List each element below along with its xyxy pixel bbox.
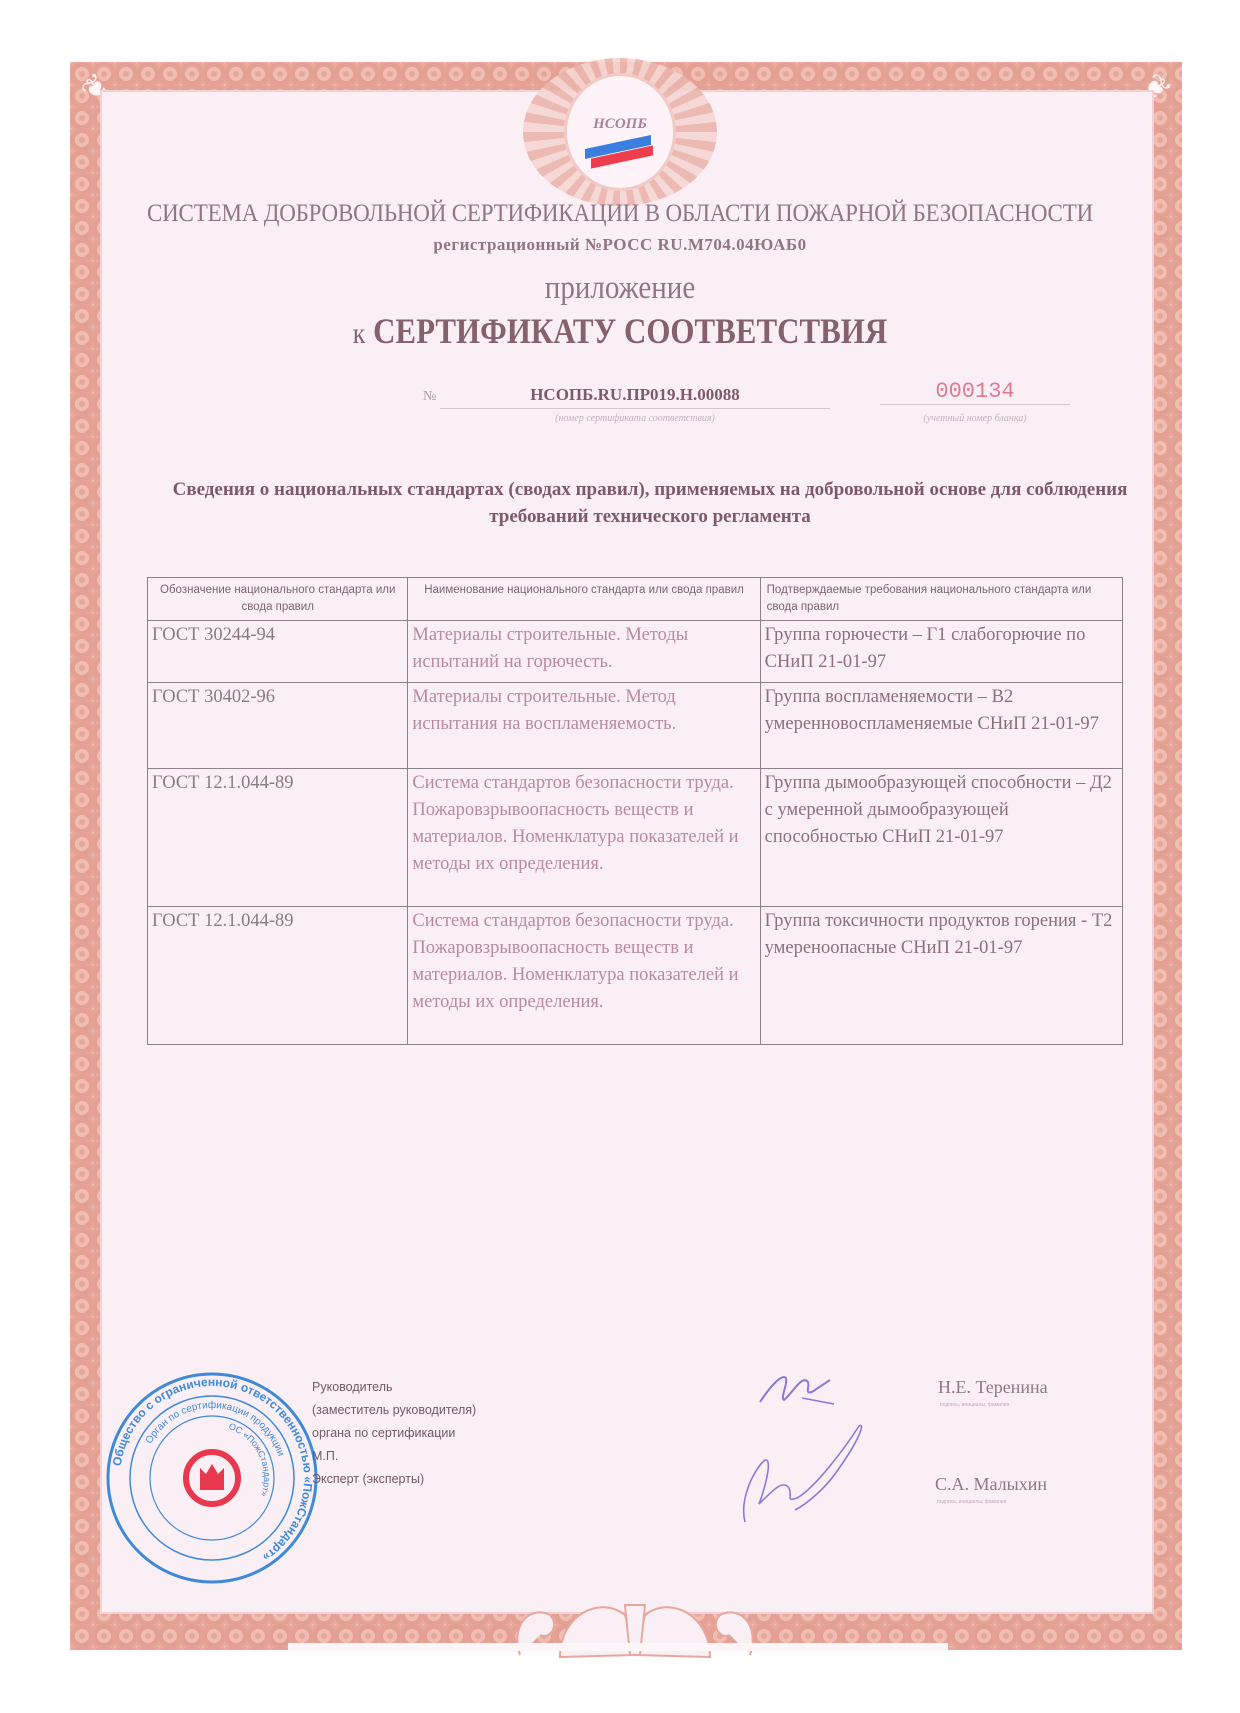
column-header-name: Наименование национального стандарта или… <box>408 578 760 621</box>
signature-expert <box>735 1418 875 1528</box>
standard-requirement: Группа токсичности продуктов горения - Т… <box>760 907 1122 1045</box>
annex-label: приложение <box>74 270 1165 307</box>
signature-labels: Руководитель (заместитель руководителя) … <box>312 1376 476 1491</box>
label-seal: М.П. <box>312 1445 476 1468</box>
emblem-medal: НСОПБ <box>567 76 673 188</box>
table-header-row: Обозначение национального стандарта или … <box>148 578 1123 621</box>
stamp-middle-text: Орган по сертификации продукции <box>144 1399 286 1458</box>
standard-code: ГОСТ 12.1.044-89 <box>148 769 408 907</box>
standard-name: Материалы строительные. Методы испытаний… <box>408 621 760 683</box>
certificate-number-caption: (номер сертификата соответствия) <box>440 413 830 424</box>
label-head: Руководитель <box>312 1376 476 1399</box>
standards-table: Обозначение национального стандарта или … <box>147 577 1123 1045</box>
standard-name: Материалы строительные. Метод испытания … <box>408 683 760 769</box>
table-row: ГОСТ 12.1.044-89 Система стандартов безо… <box>148 769 1123 907</box>
section-title: Сведения о национальных стандартах (свод… <box>170 476 1130 530</box>
footer-print-info <box>288 1643 948 1651</box>
blank-number-caption: (учетный номер бланка) <box>880 413 1070 424</box>
title-prefix: к <box>353 317 366 350</box>
table-row: ГОСТ 30402-96 Материалы строительные. Ме… <box>148 683 1123 769</box>
label-body: органа по сертификации <box>312 1422 476 1445</box>
standard-requirement: Группа воспламеняемости – В2 умеренновос… <box>760 683 1122 769</box>
standard-name: Система стандартов безопасности труда. П… <box>408 907 760 1045</box>
signature-head <box>752 1364 842 1424</box>
system-title: СИСТЕМА ДОБРОВОЛЬНОЙ СЕРТИФИКАЦИИ В ОБЛА… <box>50 200 1191 228</box>
blank-number: 000134 <box>880 379 1070 405</box>
standard-code: ГОСТ 30402-96 <box>148 683 408 769</box>
column-header-requirements: Подтверждаемые требования национального … <box>760 578 1122 621</box>
standard-code: ГОСТ 30244-94 <box>148 621 408 683</box>
expert-name: С.А. Малыхин <box>935 1474 1047 1495</box>
certificate-number: НСОПБ.RU.ПР019.Н.00088 <box>440 385 830 409</box>
standard-code: ГОСТ 12.1.044-89 <box>148 907 408 1045</box>
head-name-caption: подпись, инициалы, фамилия <box>940 1402 1009 1408</box>
table-row: ГОСТ 30244-94 Материалы строительные. Ме… <box>148 621 1123 683</box>
expert-name-caption: подпись, инициалы, фамилия <box>937 1499 1006 1505</box>
label-expert: Эксперт (эксперты) <box>312 1468 476 1491</box>
organization-stamp: Общество с ограниченной ответственностью… <box>104 1370 320 1586</box>
head-name: Н.Е. Теренина <box>938 1377 1048 1398</box>
number-sign: № <box>423 389 436 405</box>
label-deputy: (заместитель руководителя) <box>312 1399 476 1422</box>
svg-text:Орган по сертификации продукци: Орган по сертификации продукции <box>144 1399 286 1458</box>
table-row: ГОСТ 12.1.044-89 Система стандартов безо… <box>148 907 1123 1045</box>
column-header-code: Обозначение национального стандарта или … <box>148 578 408 621</box>
certificate-number-row: № НСОПБ.RU.ПР019.Н.00088 (номер сертифик… <box>0 385 1240 435</box>
standard-requirement: Группа горючести – Г1 слабогорючие по СН… <box>760 621 1122 683</box>
nsopb-emblem: НСОПБ <box>505 58 735 208</box>
emblem-abbreviation: НСОПБ <box>567 116 673 133</box>
registration-number: регистрационный №РОСС RU.М704.04ЮАБ0 <box>0 235 1240 255</box>
stamp-logo-icon <box>200 1464 224 1490</box>
certificate-title: к СЕРТИФИКАТУ СООТВЕТСТВИЯ <box>87 310 1153 352</box>
standard-name: Система стандартов безопасности труда. П… <box>408 769 760 907</box>
standard-requirement: Группа дымообразующей способности – Д2 с… <box>760 769 1122 907</box>
title-main: СЕРТИФИКАТУ СООТВЕТСТВИЯ <box>373 311 887 351</box>
